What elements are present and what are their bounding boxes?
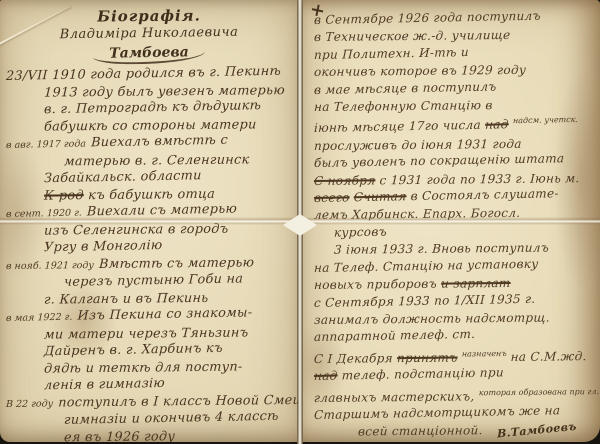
page-one: Біографія. Владиміра Николаевича Тамбоев… (0, 0, 298, 442)
page-two-text: в Сентябре 1926 года поступилъв Техничес… (302, 0, 600, 442)
margin-date: В 22 году (6, 399, 54, 410)
handwritten-line: аппаратной телеф. ст. (314, 324, 599, 347)
margin-date: в мая 1922 г. (6, 312, 73, 324)
margin-date: в нояб. 1921 году (6, 260, 94, 272)
person-surname: Тамбоева (93, 44, 205, 65)
document-title: Біографія. (0, 0, 298, 26)
handwritten-line: ея въ 1926 году (6, 427, 297, 442)
document-photo: Біографія. Владиміра Николаевича Тамбоев… (0, 0, 600, 444)
handwritten-line: всей станціонной.В.Тамбоевъ (314, 421, 599, 441)
margin-date: в сент. 1920 г. (6, 208, 82, 220)
page-two: + в Сентябре 1926 года поступилъв Технич… (302, 0, 600, 442)
signature: В.Тамбоевъ (496, 418, 576, 442)
page-one-text: 23/VII 1910 года родился въ г. Пекинѣ191… (0, 64, 298, 442)
handwritten-line: іюнѣ мѣсяце 17го числа над надсм. учетск… (314, 111, 599, 138)
handwritten-line: былъ уволенъ по сокращенію штата (314, 150, 599, 173)
margin-date: в авг. 1917 года (6, 138, 86, 151)
